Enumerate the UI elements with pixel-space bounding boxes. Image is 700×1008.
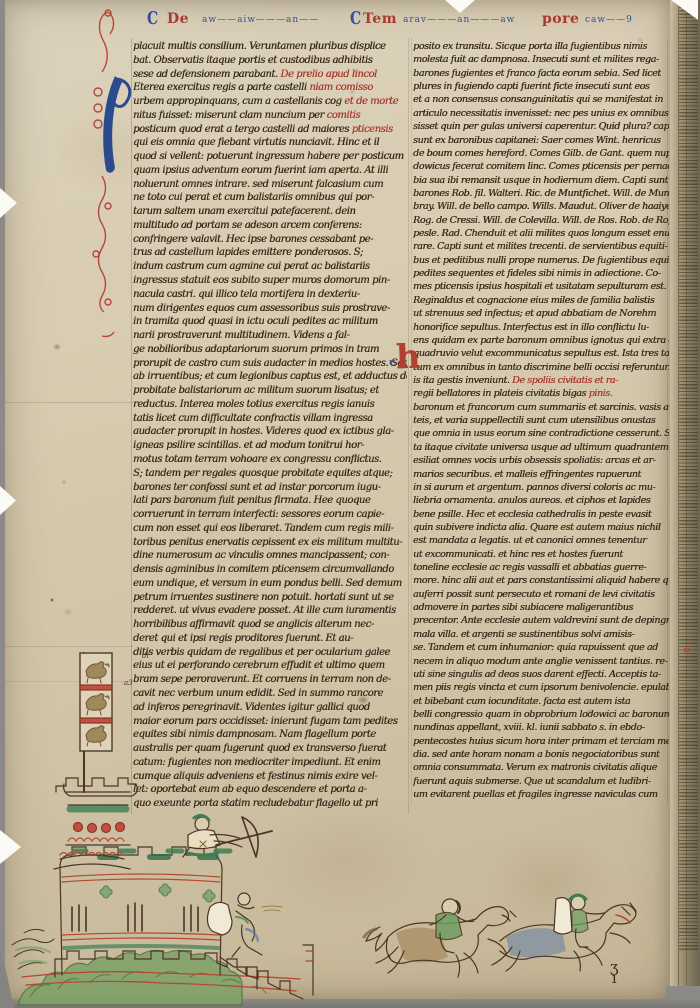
body-text: sese ad defensionem parabant. (133, 69, 280, 80)
text-line: placuit multis consilium. Veruntamen plu… (133, 40, 407, 54)
body-text: nundinas appellant, xviii. kl. iunii sab… (413, 722, 644, 733)
paraph-mark: C (147, 9, 158, 29)
body-text: qui eis omnia que fiebant virtutis nunci… (133, 137, 379, 148)
text-line: audacter prorupit in hostes. Videres quo… (133, 425, 407, 439)
text-line: motus totam terram vohoare ex congressu … (133, 453, 407, 467)
body-text: deret qui et ipsi regis proditores fueru… (133, 633, 353, 644)
text-line: dowicus fecerat comitem linc. Comes ptic… (413, 160, 669, 173)
body-text: Rog. de Cressi. Will. de Colevilla. Will… (413, 215, 669, 226)
body-text: quam ipsius adventum eorum fuerint iam a… (133, 165, 388, 176)
body-text: Reginaldus et cognacione eius miles de f… (413, 295, 654, 306)
initial-penwork: ꞇ (389, 348, 396, 378)
text-line: multitudo ad portam se adeson arcem conf… (133, 219, 407, 233)
text-line: rare. Capti sunt et milites trecenti. de… (413, 240, 669, 253)
text-line: Reginaldus et cognacione eius miles de f… (413, 294, 669, 307)
body-text: et bibebant cum iocunditate. facta est a… (413, 696, 630, 707)
text-line: ge nobilioribus adaptariorum suorum prim… (133, 343, 407, 357)
body-text: trus ad castellum lapides emittere ponde… (133, 247, 363, 258)
text-line: molesta fuit ac dampnosa. Insecuti sunt … (413, 53, 669, 66)
text-line: igneas psilire scintillas. et ad modum t… (133, 439, 407, 453)
text-line: pentecostes huius sicum hora inter prima… (413, 735, 669, 748)
body-text: molesta fuit ac dampnosa. Insecuti sunt … (413, 54, 659, 65)
header-word: pore (542, 11, 579, 27)
text-line: mala villa. et argenti se sustinentibus … (413, 628, 669, 641)
body-text: ut excommunicati. et hinc res et hostes … (413, 549, 623, 560)
text-line: et bibebant cum iocunditate. facta est a… (413, 695, 669, 708)
body-text: auferri possit sunt persecuto et romani … (413, 589, 655, 600)
text-line: petrum irruentes sustinere non potuit. h… (133, 591, 407, 605)
body-text: bray. Will. de bello campo. Wills. Maudu… (413, 201, 669, 212)
text-line: articulo necessitatis invenisset: nec pe… (413, 107, 669, 120)
body-text: multitudo ad portam se adeson arcem conf… (133, 220, 362, 231)
text-line: que omnia in usus eorum sine contradicti… (413, 427, 669, 440)
text-line: eum undique, et versum in eum pondus bel… (133, 577, 407, 591)
body-text: toribus penitus enervatis cepissent ex e… (133, 537, 402, 548)
text-line: belli congressio quam in obprobrium lodo… (413, 708, 669, 721)
text-line: Eterea exercitus regis a parte castelli … (133, 81, 407, 95)
text-line: um evitarent puellas et fragiles ingress… (413, 788, 669, 801)
text-line: quod si vellent: potuerunt ingressum hab… (133, 150, 407, 164)
body-text: um evitarent puellas et fragiles ingress… (413, 789, 657, 800)
ruling-line (5, 402, 133, 403)
text-line: uti sine singulis ad deos suos darent ef… (413, 668, 669, 681)
text-line: tarum saltem unam exercitui patefacerent… (133, 205, 407, 219)
body-text: dowicus fecerat comitem linc. Comes ptic… (413, 161, 669, 172)
text-line: admovere in partes sibi subiacere malige… (413, 601, 669, 614)
text-line: sese ad defensionem parabant. De prelio … (133, 68, 407, 82)
text-line: ta itaque civitate universa usque ad ult… (413, 441, 669, 454)
body-text: redderet. ut vivus evadere posset. At il… (133, 605, 396, 616)
header-word: De (167, 11, 189, 27)
text-line: posito ex transitu. Sicque porta illa fu… (413, 40, 669, 53)
body-text: honorifice sepultus. Interfectus est in … (413, 322, 649, 333)
body-text: S; tandem per regales quosque probitate … (133, 468, 392, 479)
body-text: igneas psilire scintillas. et ad modum t… (133, 440, 364, 451)
body-text: ingressus statuit eos subito super muros… (133, 275, 390, 286)
text-line: sisset quin per gulas universi caperentu… (413, 120, 669, 133)
text-line: ut strenuus sed infectus; et apud abbati… (413, 307, 669, 320)
text-line: densis agminibus in comitem pticensem ci… (133, 563, 407, 577)
text-line: barones ter confossi sunt et ad instar p… (133, 481, 407, 495)
body-text: est mandata a legatis. ut et canonici om… (413, 535, 646, 546)
body-text: barones ter confossi sunt et ad instar p… (133, 482, 380, 493)
paraph-mark: C (350, 9, 361, 29)
body-text: more. hinc alii aut et pars constantissi… (413, 575, 669, 586)
text-line: num dirigentes equos cum assessoribus su… (133, 302, 407, 316)
rubric-text: niam comisso (309, 82, 372, 93)
text-line: fuerunt aquis submerse. Que ut scandalum… (413, 775, 669, 788)
body-text: baronum et francorum cum summariis et sa… (413, 402, 669, 413)
body-text: mala villa. et argenti se sustinentibus … (413, 629, 634, 640)
body-text: regii bellatores in plateis civitatis bi… (413, 388, 589, 399)
text-line: bat. Observatis itaque portis et custodi… (133, 54, 407, 68)
text-line: noluerunt omnes intrare. sed miserunt fa… (133, 178, 407, 192)
header-filler: caw——9 (585, 15, 633, 27)
rubric-text: et de morte (344, 96, 398, 107)
text-line: narii prostraverunt multitudinem. Videns… (133, 329, 407, 343)
body-text: in si aurum et argentum. pannos diversi … (413, 482, 655, 493)
body-text: teis, et varia suppellectili sunt cum ut… (413, 415, 655, 426)
body-text: quod si vellent: potuerunt ingressum hab… (133, 151, 404, 162)
body-text: plures in fugiendo capti fuerint ficte i… (413, 81, 649, 92)
text-line: toribus penitus enervatis cepissent ex e… (133, 536, 407, 550)
body-text: corruerunt in terram interfecti: sessore… (133, 509, 384, 520)
body-text: ge nobilioribus adaptariorum suorum prim… (133, 344, 379, 355)
text-line: marios securibus. et malleis effringente… (413, 468, 669, 481)
body-text: ens quidam ex parte baronum omnibus igno… (413, 335, 669, 346)
text-line: reductus. Interea moles totius exercitus… (133, 398, 407, 412)
text-line: esiliat omnes vocis urbis obsessis spoli… (413, 454, 669, 467)
right-column: posito ex transitu. Sicque porta illa fu… (413, 40, 669, 802)
text-line: qui eis omnia que fiebant virtutis nunci… (133, 136, 407, 150)
body-text: confringere valavit. Hec ipse barones ce… (133, 234, 373, 245)
text-line: liebria ornamenta. anulos aureos. et cip… (413, 494, 669, 507)
body-text: tatis licet cum difficultate confractis … (133, 413, 373, 424)
body-text: men piis regis vincta et cum ipsorum ben… (413, 682, 669, 693)
text-line: bia sua ibi remansit usque in hodiernum … (413, 174, 669, 187)
text-line: honorifice sepultus. Interfectus est in … (413, 321, 669, 334)
body-text: sunt ex baronibus capitanei: Saer comes … (413, 135, 660, 146)
body-text: eum undique, et versum in eum pondus bel… (133, 578, 402, 589)
initial-letter: h (395, 337, 420, 377)
body-text: ut strenuus sed infectus; et apud abbati… (413, 308, 656, 319)
rubric-text: De spoliis civitatis et ra- (512, 375, 618, 386)
body-text: ta itaque civitate universa usque ad ult… (413, 442, 669, 453)
rubric-text: comitis (327, 110, 361, 121)
text-line: redderet. ut vivus evadere posset. At il… (133, 604, 407, 618)
facing-page-fore-edge (670, 0, 700, 1008)
body-text: barones fugientes et franco facta eorum … (413, 68, 661, 79)
text-line: ingressus statuit eos subito super muros… (133, 274, 407, 288)
fore-edge-text-lines (679, 0, 698, 950)
body-text: num dirigentes equos cum assessoribus su… (133, 303, 390, 314)
text-line: est mandata a legatis. ut et canonici om… (413, 534, 669, 547)
text-line: necem in aliquo modum ante anglie veniss… (413, 655, 669, 668)
body-text: pentecostes huius sicum hora inter prima… (413, 736, 669, 747)
text-line: toneline ecclesie ac regis vassalli et a… (413, 561, 669, 574)
text-line: baronum et francorum cum summariis et sa… (413, 401, 669, 414)
text-line: mes pticensis ipsius hospitali et usitat… (413, 280, 669, 293)
text-line: probitate balistariorum ac militum suoru… (133, 384, 407, 398)
text-line: nacula castri. qui illico tela mortifera… (133, 288, 407, 302)
text-line: posticum quod erat a tergo castelli ad m… (133, 123, 407, 137)
body-text: placuit multis consilium. Veruntamen plu… (133, 41, 386, 52)
text-line: precentor. Ante ecclesie autem valdrevin… (413, 614, 669, 627)
body-text: bus et peditibus nulli prope numerus. De… (413, 255, 669, 266)
body-text: esiliat omnes vocis urbis obsessis spoli… (413, 455, 655, 466)
body-text: liebria ornamenta. anulos aureos. et cip… (413, 495, 650, 506)
text-line: nitus fuisset: miserunt clam nuncium per… (133, 109, 407, 123)
header-filler: aw——aiw———an—— (202, 15, 346, 27)
body-text: is ita gestis inveniunt. (413, 375, 512, 386)
text-line: et a non consensus consanguinitatis qui … (413, 93, 669, 106)
body-text: mes pticensis ipsius hospitali et usitat… (413, 281, 666, 292)
body-text: nacula castri. qui illico tela mortifera… (133, 289, 360, 300)
castle-illustration (10, 645, 315, 1008)
text-line: horribilibus affirmavit quod se anglicis… (133, 618, 407, 632)
body-text: indum castrum cum agmine cui perat ac ba… (133, 261, 370, 272)
decorated-initial-h: ꞇ h (395, 342, 420, 373)
body-text: rare. Capti sunt et milites trecenti. de… (413, 241, 667, 252)
body-text: bia sua ibi remansit usque in hodiernum … (413, 175, 669, 186)
body-text: dine numerosum ac vinculis omnes mancipa… (133, 550, 389, 561)
body-text: se. Tandem et cum inhumanior: quia rapui… (413, 642, 658, 653)
body-text: que omnia in usus eorum sine contradicti… (413, 428, 669, 439)
text-line: nundinas appellant, xviii. kl. iunii sab… (413, 721, 669, 734)
text-line: pedites sequentes et fideles sibi nimis … (413, 267, 669, 280)
fore-edge-red-mark (684, 648, 690, 652)
body-text: in tramita quod quasi in ictu oculi pedi… (133, 316, 378, 327)
body-text: noluerunt omnes intrare. sed miserunt fa… (133, 179, 383, 190)
text-line: tum ex omnibus in tanto discrimine belli… (413, 361, 669, 374)
text-line: barones Rob. fil. Walteri. Ric. de Muntf… (413, 187, 669, 200)
text-line: quin subivere indicta alia. Quare est au… (413, 521, 669, 534)
ruling-line (411, 38, 412, 804)
body-text: ab irruentibus; et cum legionibus captus… (133, 371, 407, 382)
body-text: bene psille. Hec et ecclesia cathedralis… (413, 509, 651, 520)
rubric-text: pinis. (589, 388, 613, 399)
body-text: tum ex omnibus in tanto discrimine belli… (413, 362, 669, 373)
body-text: cum non esset qui eos liberaret. Tandem … (133, 523, 393, 534)
body-text: fuerunt aquis submerse. Que ut scandalum… (413, 776, 651, 787)
body-text: audacter prorupit in hostes. Videres quo… (133, 426, 394, 437)
text-line: deret qui et ipsi regis proditores fueru… (133, 632, 407, 646)
text-line: is ita gestis inveniunt. De spoliis civi… (413, 374, 669, 387)
text-line: dia. sed ante horam nonam a bonis negoci… (413, 748, 669, 761)
body-text: petrum irruentes sustinere non potuit. h… (133, 592, 394, 603)
text-line: in si aurum et argentum. pannos diversi … (413, 481, 669, 494)
body-text: lati pars baronum fuit penitus firmata. … (133, 495, 370, 506)
body-text: sisset quin per gulas universi caperentu… (413, 121, 669, 132)
text-line: ab irruentibus; et cum legionibus captus… (133, 370, 407, 384)
horsemen-illustration (360, 885, 682, 1003)
body-text: posito ex transitu. Sicque porta illa fu… (413, 41, 647, 52)
text-line: plures in fugiendo capti fuerint ficte i… (413, 80, 669, 93)
body-text: quadruvio velut excommunicatus sepultus … (413, 348, 669, 359)
text-line: ne toto cui perat et cum balistariis omn… (133, 191, 407, 205)
text-line: in tramita quod quasi in ictu oculi pedi… (133, 315, 407, 329)
rubric-text: De prelio apud lincol (280, 69, 376, 80)
text-line: corruerunt in terram interfecti: sessore… (133, 508, 407, 522)
manuscript-photo: C De aw——aiw———an—— C Tem arav———an———aw… (0, 0, 700, 1008)
text-line: urbem appropinquans, cum a castellanis c… (133, 95, 407, 109)
text-line: bene psille. Hec et ecclesia cathedralis… (413, 508, 669, 521)
body-text: uti sine singulis ad deos suos darent ef… (413, 669, 661, 680)
decorated-initial-p (78, 6, 138, 340)
body-text: et a non consensus consanguinitatis qui … (413, 94, 663, 105)
text-line: de boum comes hereford. Comes Gilb. de G… (413, 147, 669, 160)
body-text: pesle. Rad. Chenduit et alii milites quo… (413, 228, 669, 239)
body-text: densis agminibus in comitem pticensem ci… (133, 564, 394, 575)
text-line: regii bellatores in plateis civitatis bi… (413, 387, 669, 400)
rubric-text: pticensis (352, 124, 393, 135)
text-line: trus ad castellum lapides emittere ponde… (133, 246, 407, 260)
body-text: de boum comes hereford. Comes Gilb. de G… (413, 148, 669, 159)
text-line: bray. Will. de bello campo. Wills. Maudu… (413, 200, 669, 213)
text-line: ens quidam ex parte baronum omnibus igno… (413, 334, 669, 347)
page-edge-seam (678, 0, 679, 1008)
body-text: tarum saltem unam exercitui patefacerent… (133, 206, 355, 217)
text-line: sunt ex baronibus capitanei: Saer comes … (413, 134, 669, 147)
body-text: barones Rob. fil. Walteri. Ric. de Muntf… (413, 188, 669, 199)
text-line: more. hinc alii aut et pars constantissi… (413, 574, 669, 587)
body-text: pedites sequentes et fideles sibi nimis … (413, 268, 660, 279)
text-line: prorupit de castro cum suis audacter in … (133, 357, 407, 371)
body-text: omnia consummata. Verum ex matronis civi… (413, 762, 657, 773)
body-text: bat. Observatis itaque portis et custodi… (133, 55, 372, 66)
text-line: dine numerosum ac vinculis omnes mancipa… (133, 549, 407, 563)
body-text: narii prostraverunt multitudinem. Videns… (133, 330, 349, 341)
body-text: admovere in partes sibi subiacere malige… (413, 602, 633, 613)
body-text: quin subivere indicta alia. Quare est au… (413, 522, 660, 533)
text-line: pesle. Rad. Chenduit et alii milites quo… (413, 227, 669, 240)
header-word: Tem (363, 11, 397, 27)
text-line: auferri possit sunt persecuto et romani … (413, 588, 669, 601)
body-text: belli congressio quam in obprobrium lodo… (413, 709, 669, 720)
body-text: nitus fuisset: miserunt clam nuncium per (133, 110, 327, 121)
text-line: quadruvio velut excommunicatus sepultus … (413, 347, 669, 360)
text-line: ut excommunicati. et hinc res et hostes … (413, 548, 669, 561)
text-line: se. Tandem et cum inhumanior: quia rapui… (413, 641, 669, 654)
body-text: necem in aliquo modum ante anglie veniss… (413, 656, 667, 667)
body-text: Eterea exercitus regis a parte castelli (133, 82, 309, 93)
text-line: men piis regis vincta et cum ipsorum ben… (413, 681, 669, 694)
body-text: horribilibus affirmavit quod se anglicis… (133, 619, 374, 630)
body-text: urbem appropinquans, cum a castellanis c… (133, 96, 344, 107)
text-line: confringere valavit. Hec ipse barones ce… (133, 233, 407, 247)
body-text: reductus. Interea moles totius exercitus… (133, 399, 374, 410)
text-line: teis, et varia suppellectili sunt cum ut… (413, 414, 669, 427)
text-line: Rog. de Cressi. Will. de Colevilla. Will… (413, 214, 669, 227)
body-text: marios securibus. et malleis effringente… (413, 469, 641, 480)
body-text: articulo necessitatis invenisset: nec pe… (413, 108, 669, 119)
text-line: omnia consummata. Verum ex matronis civi… (413, 761, 669, 774)
body-text: posticum quod erat a tergo castelli ad m… (133, 124, 352, 135)
body-text: motus totam terram vohoare ex congressu … (133, 454, 381, 465)
page-edge-seam (686, 0, 687, 1008)
header-filler: arav———an———aw (403, 15, 539, 27)
body-text: toneline ecclesie ac regis vassalli et a… (413, 562, 646, 573)
body-text: prorupit de castro cum suis audacter in … (133, 358, 407, 369)
body-text: ne toto cui perat et cum balistariis omn… (133, 192, 374, 203)
text-line: tatis licet cum difficultate confractis … (133, 412, 407, 426)
text-line: cum non esset qui eos liberaret. Tandem … (133, 522, 407, 536)
text-line: bus et peditibus nulli prope numerus. De… (413, 254, 669, 267)
body-text: probitate balistariorum ac militum suoru… (133, 385, 379, 396)
text-line: lati pars baronum fuit penitus firmata. … (133, 494, 407, 508)
text-line: S; tandem per regales quosque probitate … (133, 467, 407, 481)
text-line: quam ipsius adventum eorum fuerint iam a… (133, 164, 407, 178)
ruling-line (408, 38, 409, 814)
body-text: dia. sed ante horam nonam a bonis negoci… (413, 749, 659, 760)
body-text: precentor. Ante ecclesie autem valdrevin… (413, 615, 669, 626)
text-line: indum castrum cum agmine cui perat ac ba… (133, 260, 407, 274)
text-line: barones fugientes et franco facta eorum … (413, 67, 669, 80)
